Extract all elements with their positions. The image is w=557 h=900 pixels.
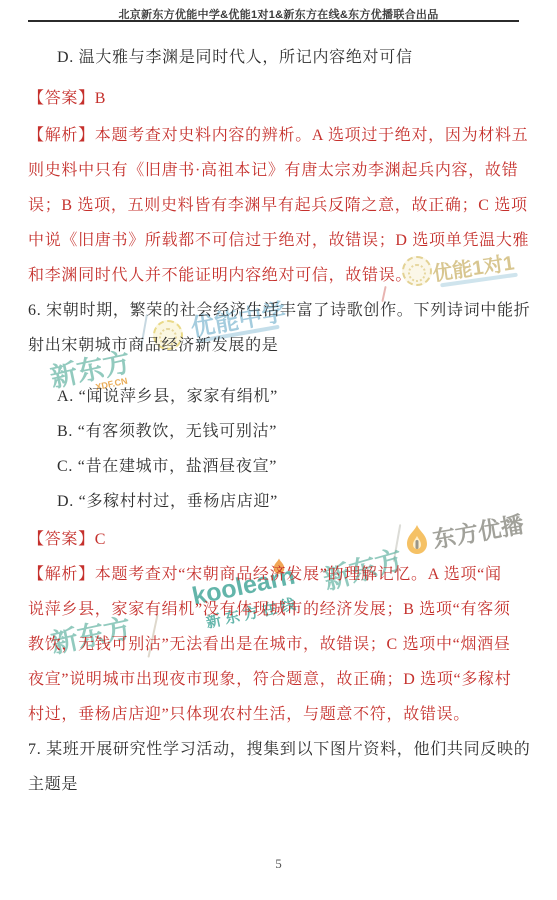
q6-analysis-line: 说萍乡县，家家有绢机”没有体现城市的经济发展；B 选项“有客须	[28, 596, 511, 619]
q5-analysis-line: 则史料中只有《旧唐书·高祖本记》有唐太宗劝李渊起兵内容，故错	[28, 157, 518, 180]
q6-option-d: D. “多稼村村过，垂杨店店迎”	[57, 488, 278, 511]
q6-answer: 【答案】C	[28, 526, 106, 549]
q7-stem-line: 7. 某班开展研究性学习活动，搜集到以下图片资料，他们共同反映的	[28, 736, 530, 759]
q6-stem-line: 射出宋朝城市商品经济新发展的是	[28, 332, 279, 355]
q5-analysis-line: 和李渊同时代人并不能证明内容绝对可信，故错误。	[28, 262, 412, 285]
q6-analysis-line: 村过，垂杨店店迎”只体现农村生活，与题意不符，故错误。	[28, 701, 470, 724]
youneng-1v1-watermark-text: 优能1对1	[430, 246, 515, 286]
scanned-exam-page: 北京新东方优能中学&优能1对1&新东方在线&东方优播联合出品 优能1对1 优能中…	[0, 0, 557, 900]
q6-analysis-line: 【解析】本题考查对“宋朝商品经济发展”的理解记忆。A 选项“闻	[28, 561, 502, 584]
q5-analysis-line: 误；B 选项，五则史料皆有李渊早有起兵反隋之意，故正确；C 选项	[28, 192, 528, 215]
q5-analysis-line: 【解析】本题考查对史料内容的辨析。A 选项过于绝对，因为材料五	[28, 122, 528, 145]
page-number: 5	[0, 856, 557, 872]
dongfang-youbo-watermark-text: 东方优播	[430, 506, 526, 554]
q5-option-d: D. 温大雅与李渊是同时代人，所记内容绝对可信	[57, 44, 413, 67]
q7-stem-line: 主题是	[28, 771, 78, 794]
q6-analysis-line: 夜宣”说明城市出现夜市现象，符合题意，故正确；D 选项“多稼村	[28, 666, 511, 689]
q6-stem-line: 6. 宋朝时期，繁荣的社会经济生活丰富了诗歌创作。下列诗词中能折	[28, 297, 530, 320]
watermark-underbar	[440, 273, 518, 288]
q6-option-b: B. “有客须教饮，无钱可别沽”	[57, 418, 277, 441]
q6-option-a: A. “闻说萍乡县，家家有绢机”	[57, 383, 278, 406]
flame-icon	[404, 524, 430, 558]
q5-analysis-line: 中说《旧唐书》所载都不可信过于绝对，故错误；D 选项单凭温大雅	[28, 227, 529, 250]
header-divider	[28, 20, 519, 22]
q5-answer: 【答案】B	[28, 85, 106, 108]
q6-option-c: C. “昔在建城市，盐酒昼夜宣”	[57, 453, 277, 476]
q6-analysis-line: 教饮，无钱可别沽”无法看出是在城市，故错误；C 选项中“烟酒昼	[28, 631, 511, 654]
watermark-slash	[393, 524, 402, 562]
